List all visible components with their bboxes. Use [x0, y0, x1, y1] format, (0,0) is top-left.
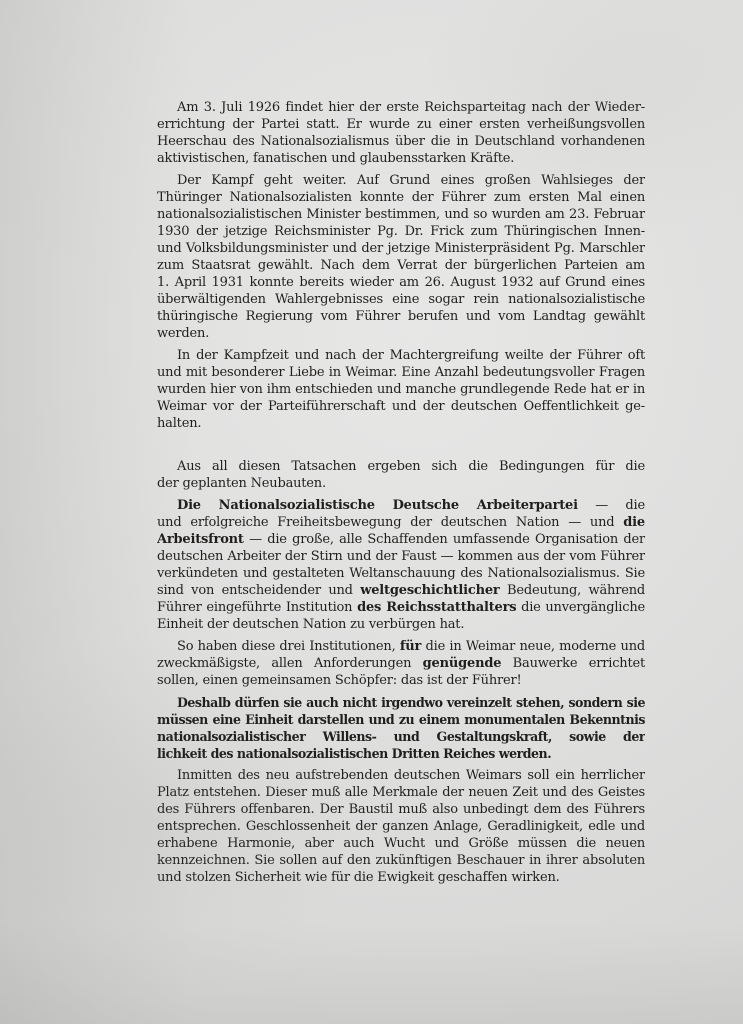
text-line: überwältigenden Wahlergebnisses eine sog…: [157, 291, 645, 308]
text-run: und erfolgreiche Freiheitsbewegung der d…: [157, 515, 623, 530]
text-run: Heerschau des Nationalsozialismus über d…: [157, 134, 645, 149]
text-line: Arbeitsfront — die große, alle Schaffend…: [157, 531, 645, 548]
paragraph: So haben diese drei Institutionen, für d…: [157, 638, 645, 689]
text-line: Die Nationalsozialistische Deutsche Arbe…: [157, 497, 645, 514]
text-line: So haben diese drei Institutionen, für d…: [157, 638, 645, 655]
text-run: 1. April 1931 konnte bereits wieder am 2…: [157, 275, 645, 290]
text-run: müssen eine Einheit darstellen und zu ei…: [157, 712, 645, 728]
scanned-page: Am 3. Juli 1926 findet hier der erste Re…: [0, 0, 743, 1024]
text-line: sind von entscheidender und weltgeschich…: [157, 582, 645, 599]
text-line: werden.: [157, 325, 645, 342]
paragraph: Deshalb dürfen sie auch nicht irgendwo v…: [157, 694, 645, 762]
text-run: Thüringer Nationalsozialisten konnte der…: [157, 190, 645, 205]
text-line: aktivistischen, fanatischen und glaubens…: [157, 150, 645, 167]
text-run: des Führers offenbaren. Der Baustil muß …: [157, 802, 645, 817]
text-run: und Volksbildungsminister und der jetzig…: [157, 241, 645, 256]
text-run: der geplanten Neubauten.: [157, 476, 326, 491]
text-run: errichtung der Partei statt. Er wurde zu…: [157, 117, 645, 132]
text-run: wurden hier von ihm entschieden und manc…: [157, 382, 645, 397]
text-run: In der Kampfzeit und nach der Machtergre…: [177, 348, 645, 363]
text-line: verkündeten und gestalteten Weltanschauu…: [157, 565, 645, 582]
paragraph: In der Kampfzeit und nach der Machtergre…: [157, 347, 645, 432]
text-line: nationalsozialistischer Willens- und Ges…: [157, 728, 645, 745]
text-line: thüringische Regierung vom Führer berufe…: [157, 308, 645, 325]
text-line: Am 3. Juli 1926 findet hier der erste Re…: [157, 99, 645, 116]
text-line: Einheit der deutschen Nation zu verbürge…: [157, 616, 645, 633]
text-run: erhabene Harmonie, aber auch Wucht und G…: [157, 836, 645, 852]
text-run: Weimar vor der Parteiführerschaft und de…: [157, 399, 645, 414]
text-run: Der Kampf geht weiter. Auf Grund eines g…: [177, 173, 645, 188]
page-text-block: Am 3. Juli 1926 findet hier der erste Re…: [157, 99, 645, 891]
text-line: wurden hier von ihm entschieden und manc…: [157, 381, 645, 398]
text-line: kennzeichnen. Sie sollen auf den zukünft…: [157, 852, 645, 869]
paragraph: Der Kampf geht weiter. Auf Grund eines g…: [157, 172, 645, 342]
text-run: sind von entscheidender und: [157, 583, 360, 598]
text-run: nationalsozialistischer Willens- und Ges…: [157, 729, 645, 745]
text-line: halten.: [157, 415, 645, 432]
text-run: des Reichsstatthalters: [357, 600, 516, 615]
text-run: für: [400, 639, 421, 654]
text-line: sollen, einen gemeinsamen Schöpfer: das …: [157, 672, 645, 689]
text-line: und stolzen Sicherheit wie für die Ewigk…: [157, 869, 645, 886]
text-line: deutschen Arbeiter der Stirn und der Fau…: [157, 548, 645, 565]
text-line: Führer eingeführte Institution des Reich…: [157, 599, 645, 616]
text-line: 1. April 1931 konnte bereits wieder am 2…: [157, 274, 645, 291]
text-line: nationalsozialistischen Minister bestimm…: [157, 206, 645, 223]
text-run: werden.: [157, 326, 209, 341]
text-run: nationalsozialistischen Minister bestimm…: [157, 207, 645, 222]
text-line: zweckmäßigste, allen Anforderungen genüg…: [157, 655, 645, 672]
text-run: — die große, alle Schaffenden umfassende…: [244, 532, 645, 547]
text-line: Thüringer Nationalsozialisten konnte der…: [157, 189, 645, 206]
text-run: lichkeit des nationalsozialistischen Dri…: [157, 746, 551, 761]
text-run: Führer eingeführte Institution: [157, 600, 357, 615]
text-line: errichtung der Partei statt. Er wurde zu…: [157, 116, 645, 133]
text-run: weltgeschichtlicher: [360, 583, 499, 598]
text-line: der geplanten Neubauten.: [157, 475, 645, 492]
text-run: kennzeichnen. Sie sollen auf den zukünft…: [157, 853, 645, 868]
text-run: thüringische Regierung vom Führer berufe…: [157, 309, 645, 324]
text-line: 1930 der jetzige Reichsminister Pg. Dr. …: [157, 223, 645, 240]
text-run: und mit besonderer Liebe in Weimar. Eine…: [157, 365, 645, 380]
text-line: Weimar vor der Parteiführerschaft und de…: [157, 398, 645, 415]
text-run: verkündeten und gestalteten Weltanschauu…: [157, 566, 645, 581]
text-run: Am 3. Juli 1926 findet hier der erste Re…: [177, 100, 645, 115]
text-run: Einheit der deutschen Nation zu verbürge…: [157, 617, 464, 632]
paragraph: Aus all diesen Tatsachen ergeben sich di…: [157, 458, 645, 492]
text-run: die unvergängliche: [516, 600, 645, 615]
text-run: genügende: [423, 656, 502, 671]
text-run: Arbeitsfront: [157, 532, 244, 547]
text-line: erhabene Harmonie, aber auch Wucht und G…: [157, 835, 645, 852]
text-line: lichkeit des nationalsozialistischen Dri…: [157, 745, 645, 762]
text-run: deutschen Arbeiter der Stirn und der Fau…: [157, 549, 645, 564]
text-line: und erfolgreiche Freiheitsbewegung der d…: [157, 514, 645, 531]
text-run: zweckmäßigste, allen Anforderungen: [157, 656, 423, 671]
paragraph: Die Nationalsozialistische Deutsche Arbe…: [157, 497, 645, 633]
text-run: entsprechen. Geschlossenheit der ganzen …: [157, 819, 645, 834]
text-run: halten.: [157, 416, 201, 431]
text-run: Die Nationalsozialistische Deutsche Arbe…: [177, 498, 578, 513]
text-run: Aus all diesen Tatsachen ergeben sich di…: [157, 459, 645, 475]
paragraph: Am 3. Juli 1926 findet hier der erste Re…: [157, 99, 645, 167]
text-run: Deshalb dürfen sie auch nicht irgendwo v…: [177, 695, 645, 710]
text-line: müssen eine Einheit darstellen und zu ei…: [157, 711, 645, 728]
text-line: und mit besonderer Liebe in Weimar. Eine…: [157, 364, 645, 381]
text-line: des Führers offenbaren. Der Baustil muß …: [157, 801, 645, 818]
text-line: entsprechen. Geschlossenheit der ganzen …: [157, 818, 645, 835]
text-run: Inmitten des neu aufstrebenden deutschen…: [177, 768, 645, 783]
text-line: und Volksbildungsminister und der jetzig…: [157, 240, 645, 257]
text-line: Inmitten des neu aufstrebenden deutschen…: [157, 767, 645, 784]
text-run: So haben diese drei Institutionen,: [177, 639, 400, 654]
text-run: überwältigenden Wahlergebnisses eine sog…: [157, 292, 645, 307]
text-line: zum Staatsrat gewählt. Nach dem Verrat d…: [157, 257, 645, 274]
text-run: und stolzen Sicherheit wie für die Ewigk…: [157, 870, 560, 885]
text-line: Aus all diesen Tatsachen ergeben sich di…: [157, 458, 645, 475]
text-run: zum Staatsrat gewählt. Nach dem Verrat d…: [157, 258, 645, 273]
text-line: Platz entstehen. Dieser muß alle Merkmal…: [157, 784, 645, 801]
text-line: In der Kampfzeit und nach der Machtergre…: [157, 347, 645, 364]
paragraph: Inmitten des neu aufstrebenden deutschen…: [157, 767, 645, 886]
text-run: aktivistischen, fanatischen und glaubens…: [157, 151, 514, 166]
text-run: die in Weimar neue, moderne und: [421, 639, 645, 654]
text-run: sollen, einen gemeinsamen Schöpfer: das …: [157, 673, 522, 688]
text-line: Deshalb dürfen sie auch nicht irgendwo v…: [157, 694, 645, 711]
text-line: Der Kampf geht weiter. Auf Grund eines g…: [157, 172, 645, 189]
text-line: Heerschau des Nationalsozialismus über d…: [157, 133, 645, 150]
text-run: Platz entstehen. Dieser muß alle Merkmal…: [157, 785, 645, 800]
text-run: 1930 der jetzige Reichsminister Pg. Dr. …: [157, 224, 645, 239]
